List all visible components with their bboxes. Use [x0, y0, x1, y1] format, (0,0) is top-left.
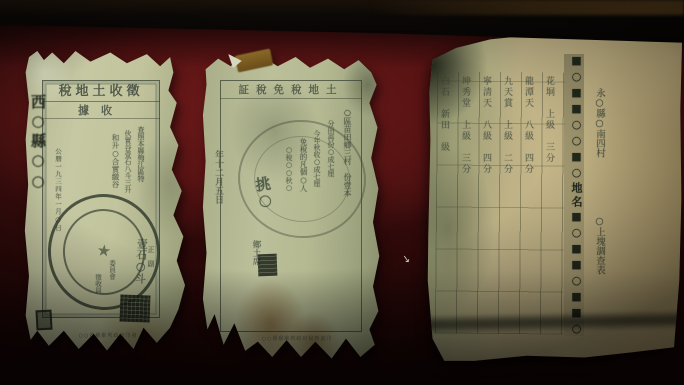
left-doc-side-script: 西○縣○○ — [28, 94, 49, 334]
middle-doc-column: ○區苗田鄉三村 份壹本 — [342, 108, 353, 313]
middle-doc-title: 証稅免稅地土 — [220, 81, 362, 99]
middle-doc-column: 今年秋收○成七厘 — [312, 130, 322, 305]
middle-document: 証稅免稅地土 ○區苗田鄉三村 份壹本 分田再份○成七厘 今年秋收○成七厘 免稅的… — [202, 54, 382, 360]
table-column: 龍潭天 八級 四分 — [522, 76, 535, 332]
small-seal-stamp — [35, 310, 52, 331]
table-column: 九天賞 上級 二分 — [501, 76, 514, 332]
left-doc-title: 稅地土收徵 — [42, 81, 160, 102]
middle-doc-date-column: 年十二月五日 — [212, 150, 225, 350]
middle-doc-footer-print: ○○縣蘇維埃政府稅務處印 — [238, 335, 356, 342]
middle-doc-column: ○稅○○秋○ — [284, 146, 294, 296]
beam-highlight — [369, 0, 684, 15]
left-paper: 稅地土收徵 據收 西○縣○○ 公曆一九三四年一月○日 查照本縣梅江區特 伙實谷壹… — [24, 48, 190, 352]
middle-doc-column: 免稅的凡個○人 — [298, 138, 309, 306]
table-column: 花垌 上級 三分 — [543, 76, 556, 332]
stamp-star-icon: ★ — [96, 240, 112, 260]
right-document: 花垌 上級 三分 龍潭天 八級 四分 九天賞 上級 二分 寧清天 八級 四分 坤… — [422, 24, 684, 366]
left-document: 稅地土收徵 據收 西○縣○○ 公曆一九三四年一月○日 查照本縣梅江區特 伙實谷壹… — [24, 48, 190, 352]
middle-paper: 証稅免稅地土 ○區苗田鄉三村 份壹本 分田再份○成七厘 今年秋收○成七厘 免稅的… — [202, 54, 382, 360]
right-doc-title-column: 永○縣○南四村 — [592, 88, 606, 216]
middle-square-seal — [258, 254, 278, 277]
table-column: 白石 新田 級 — [438, 76, 451, 332]
right-doc-printed-column: ■○■■○○■○地名■○■■○■■○ — [564, 54, 584, 336]
square-seal-stamp — [120, 294, 151, 322]
table-column: 坤秀堂 上級 三分 — [459, 76, 472, 332]
middle-doc-column: 分田再份○成七厘 — [326, 120, 336, 305]
left-doc-footer-print: ○○省蘇維埃政府印發 — [52, 332, 164, 339]
left-doc-subtitle: 據收 — [42, 103, 160, 119]
right-paper: 花垌 上級 三分 龍潭天 八級 四分 九天賞 上級 二分 寧清天 八級 四分 坤… — [422, 24, 684, 366]
museum-photo: 稅地土收徵 據收 西○縣○○ 公曆一九三四年一月○日 查照本縣梅江區特 伙實谷壹… — [0, 0, 684, 385]
table-column: 寧清天 八級 四分 — [480, 76, 493, 332]
